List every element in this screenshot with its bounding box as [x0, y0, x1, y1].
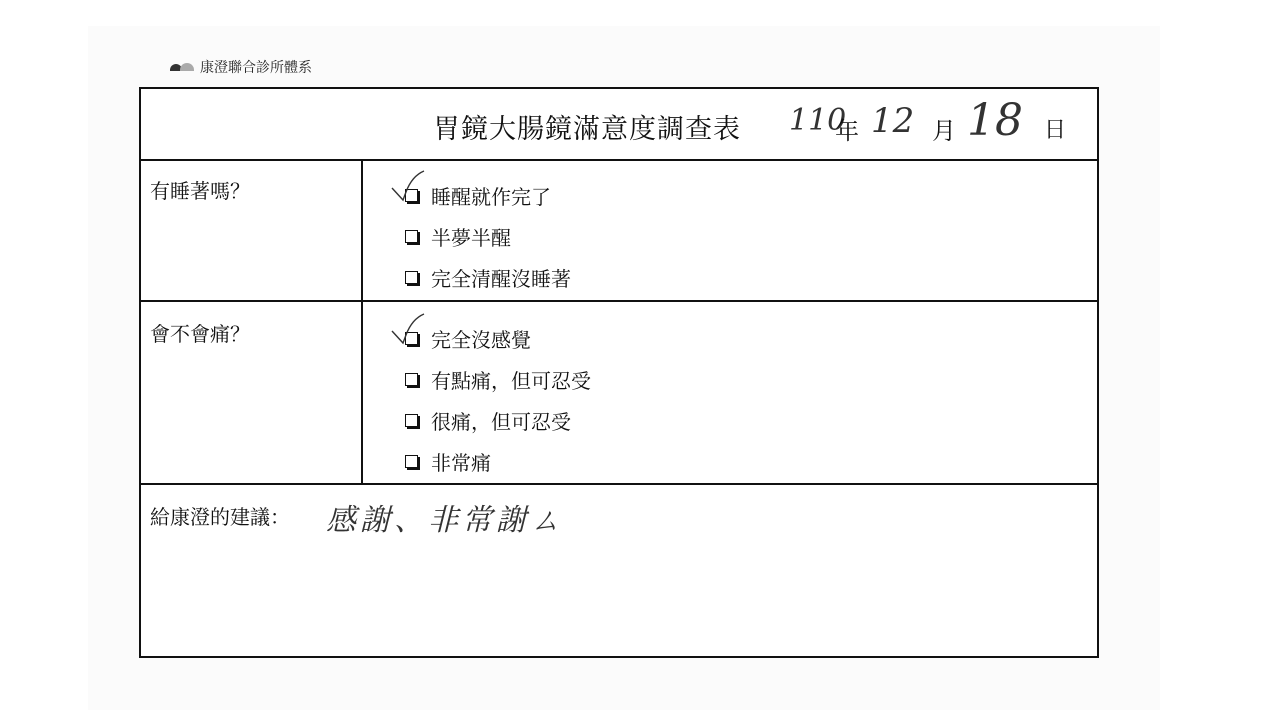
options-list: 睡醒就作完了 半夢半醒 完全清醒沒睡著 — [405, 175, 571, 298]
form-title: 胃鏡大腸鏡滿意度調查表 — [433, 107, 741, 146]
option-label: 很痛，但可忍受 — [431, 406, 571, 435]
option-label: 完全沒感覺 — [431, 324, 531, 353]
option-item[interactable]: 完全清醒沒睡著 — [405, 257, 571, 298]
option-label: 睡醒就作完了 — [431, 181, 551, 210]
date-year-label: 年 — [835, 111, 859, 146]
survey-form: 胃鏡大腸鏡滿意度調查表 110 年 12 月 18 日 有睡著嗎？ 睡醒就作完了… — [139, 87, 1099, 658]
date-month-value: 12 — [871, 101, 914, 141]
clinic-header: 康澄聯合診所體系 — [170, 57, 312, 77]
question-cell: 有睡著嗎？ — [141, 159, 363, 300]
option-item[interactable]: 半夢半醒 — [405, 216, 571, 257]
option-label: 半夢半醒 — [431, 222, 511, 251]
checkbox[interactable] — [405, 373, 418, 386]
option-item[interactable]: 有點痛，但可忍受 — [405, 359, 591, 400]
date-day-label: 日 — [1044, 113, 1066, 144]
date-month-label: 月 — [932, 111, 956, 146]
title-row: 胃鏡大腸鏡滿意度調查表 110 年 12 月 18 日 — [141, 89, 1097, 161]
option-item[interactable]: 很痛，但可忍受 — [405, 400, 591, 441]
checkbox[interactable] — [405, 230, 418, 243]
option-label: 非常痛 — [431, 447, 491, 476]
suggestion-handwritten-text[interactable]: 感謝、非常謝ㄙ — [326, 495, 564, 539]
org-name: 康澄聯合診所體系 — [200, 57, 312, 77]
options-list: 完全沒感覺 有點痛，但可忍受 很痛，但可忍受 非常痛 — [405, 318, 591, 482]
option-item[interactable]: 非常痛 — [405, 441, 591, 482]
option-item[interactable]: 睡醒就作完了 — [405, 175, 571, 216]
question-row-sleep: 有睡著嗎？ 睡醒就作完了 半夢半醒 完全清醒沒睡著 — [141, 159, 1097, 302]
checkbox[interactable] — [405, 332, 418, 345]
question-row-pain: 會不會痛？ 完全沒感覺 有點痛，但可忍受 很痛，但可忍受 非常痛 — [141, 302, 1097, 485]
checkbox[interactable] — [405, 189, 418, 202]
checkbox[interactable] — [405, 455, 418, 468]
question-cell: 會不會痛？ — [141, 302, 363, 483]
handwritten-check-icon — [390, 170, 430, 204]
suggestion-row: 給康澄的建議： 感謝、非常謝ㄙ — [141, 485, 1097, 658]
option-item[interactable]: 完全沒感覺 — [405, 318, 591, 359]
clinic-logo-icon — [170, 62, 194, 72]
question-label: 會不會痛？ — [150, 318, 250, 347]
checkbox[interactable] — [405, 414, 418, 427]
handwritten-check-icon — [390, 313, 430, 347]
date-day-value: 18 — [967, 95, 1023, 146]
suggestion-label: 給康澄的建議： — [150, 501, 290, 530]
question-label: 有睡著嗎？ — [150, 175, 250, 204]
option-label: 完全清醒沒睡著 — [431, 263, 571, 292]
option-label: 有點痛，但可忍受 — [431, 365, 591, 394]
checkbox[interactable] — [405, 271, 418, 284]
